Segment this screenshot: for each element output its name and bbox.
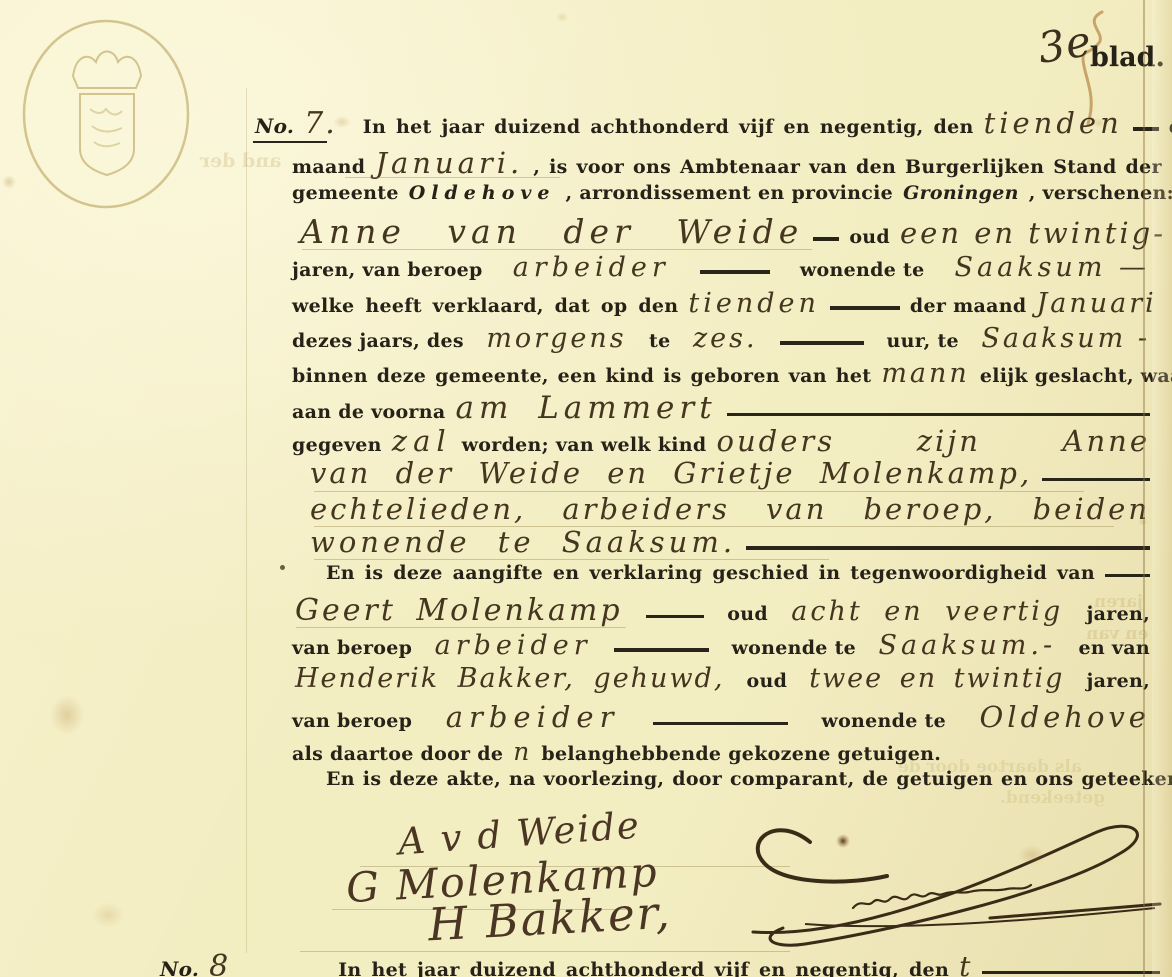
handwritten-entry: zal	[392, 424, 452, 458]
handwritten-entry: arbeider	[513, 252, 670, 283]
page-edge-shade	[1152, 0, 1172, 977]
handwritten-entry: arbeider	[446, 700, 620, 734]
paper-stain	[50, 695, 84, 735]
printed-text: aan de voorna	[292, 401, 445, 423]
printed-text: , verschenen:	[1029, 182, 1172, 204]
printed-text: van beroep	[292, 710, 412, 732]
ink-fleck	[280, 565, 285, 570]
act-line: En is deze aangifte en verklaring geschi…	[292, 562, 1150, 584]
handwritten-entry: een en twintig-	[900, 216, 1166, 250]
handwritten-entry: mann	[881, 358, 969, 389]
guide-line	[296, 627, 626, 628]
act-line: dezes jaars, desmorgenstezes.uur, teSaak…	[292, 323, 1150, 354]
handwritten-entry: Geert Molenkamp	[295, 593, 623, 628]
guide-line	[302, 249, 812, 250]
handwritten-entry: Saaksum -	[981, 323, 1150, 354]
printed-text-italic: Groningen	[903, 182, 1019, 204]
printed-text: van beroep	[292, 637, 412, 659]
printed-text: En is deze akte, na voorlezing, door com…	[326, 768, 1172, 790]
printed-text: wonende te	[731, 637, 856, 659]
page-number-handwritten: 3e	[1034, 16, 1095, 73]
handwritten-entry: ouders zijn Anne	[717, 424, 1151, 458]
guide-line	[300, 951, 790, 952]
act-line: wonende te Saaksum.	[310, 525, 1150, 559]
act-line: gemeenteOldehove, arrondissement en prov…	[292, 182, 1150, 204]
handwritten-entry: tienden	[688, 288, 820, 319]
paper-stain	[2, 175, 16, 189]
act-line: gegevenzalworden; van welk kindouders zi…	[292, 424, 1150, 458]
spacer	[347, 132, 353, 133]
printed-text: der maand	[910, 295, 1027, 317]
printed-text: jaren, van beroep	[292, 259, 483, 281]
printed-text: oud	[849, 226, 890, 248]
embossed-seal-icon	[18, 14, 194, 214]
printed-text: en van	[1078, 637, 1149, 659]
registrar-signature	[735, 812, 1172, 970]
printed-text: jaren,	[1086, 603, 1150, 625]
page-edge-line	[1143, 0, 1145, 977]
handwritten-entry: 8	[209, 949, 230, 977]
printed-text: als daartoe door de	[292, 743, 503, 765]
printed-text: maand	[292, 156, 365, 178]
act-line: maandJanuari., is voor ons Ambtenaar van…	[292, 146, 1150, 180]
handwritten-entry: Henderik Bakker, gehuwd,	[295, 663, 724, 694]
fill-line	[614, 642, 709, 654]
fill-line	[1042, 471, 1150, 483]
act-line: van beroeparbeiderwonende teSaaksum.-en …	[292, 630, 1150, 661]
handwritten-entry: Oldehove	[980, 700, 1150, 734]
spacer	[240, 975, 328, 976]
fill-line	[646, 608, 704, 620]
printed-text: gemeente	[292, 182, 399, 204]
act-line: binnen deze gemeente, een kind is gebore…	[292, 358, 1150, 389]
fold-line	[246, 88, 247, 953]
printed-text-italic: Oldehove	[409, 182, 556, 204]
handwritten-entry: Anne van der Weide	[300, 212, 803, 251]
printed-text: oud	[727, 603, 768, 625]
printed-text: dezes jaars, des	[292, 330, 464, 352]
printed-text: binnen deze gemeente, een kind is gebore…	[292, 365, 871, 387]
act-line: Geert Molenkampoudacht en veertigjaren,	[295, 593, 1150, 628]
handwritten-entry: echtelieden, arbeiders van beroep, beide…	[310, 492, 1150, 526]
spacer	[292, 578, 316, 579]
fill-line	[813, 231, 839, 243]
guide-line	[314, 491, 1084, 492]
act-line: als daartoe door denbelanghebbende gekoz…	[292, 737, 1150, 766]
handwritten-entry: Saaksum —	[955, 252, 1150, 283]
ink-blot	[836, 834, 850, 848]
bleedthrough-text: geteekend.	[1000, 788, 1105, 808]
fill-line	[653, 715, 788, 727]
paper-stain	[333, 116, 351, 128]
printed-text: uur, te	[886, 330, 958, 352]
handwritten-entry: arbeider	[435, 630, 592, 661]
paper-stain	[1018, 845, 1046, 865]
spacer	[292, 784, 316, 785]
printed-text-italic: No.	[255, 114, 294, 138]
handwritten-entry: Saaksum.-	[878, 630, 1056, 661]
paper-stain	[1093, 118, 1105, 128]
fill-line	[727, 406, 1150, 418]
handwritten-entry: 7.	[304, 106, 337, 141]
act-line: En is deze akte, na voorlezing, door com…	[292, 768, 1150, 790]
printed-text: , arrondissement en provincie	[566, 182, 894, 204]
printed-text: gegeven	[292, 434, 382, 456]
guide-line	[314, 559, 829, 560]
act-line: van beroeparbeiderwonende teOldehove	[292, 700, 1150, 734]
guide-line	[314, 526, 1114, 527]
guide-line	[345, 177, 560, 178]
paper-stain	[556, 12, 568, 22]
fill-line	[780, 335, 864, 347]
handwritten-entry: am Lammert	[455, 390, 716, 426]
printed-text-italic: No.	[160, 957, 199, 977]
handwritten-entry: Januari.	[375, 146, 523, 180]
printed-text: wonende te	[821, 710, 946, 732]
handwritten-entry: wonende te Saaksum.	[310, 525, 736, 559]
printed-text: oud	[746, 670, 787, 692]
act-line: echtelieden, arbeiders van beroep, beide…	[310, 492, 1150, 526]
fill-line	[746, 540, 1150, 552]
act-number-underline	[253, 141, 327, 143]
printed-text: , is voor ons Ambtenaar van den Burgerli…	[533, 156, 1162, 178]
handwritten-entry: morgens	[486, 323, 626, 354]
handwritten-entry: Januari	[1036, 288, 1156, 319]
handwritten-entry: zes.	[693, 323, 758, 354]
printed-text: jaren,	[1086, 670, 1150, 692]
printed-text: In het jaar duizend achthonderd vijf en …	[363, 116, 974, 138]
act-line: No.7.In het jaar duizend achthonderd vij…	[255, 106, 1152, 141]
act-line: van der Weide en Grietje Molenkamp,	[310, 456, 1150, 490]
document-page: 3e blad. and der jaren, en van als daart…	[0, 0, 1172, 977]
fill-line	[830, 300, 900, 312]
printed-text: worden; van welk kind	[462, 434, 707, 456]
handwritten-entry: twee en twintig	[809, 663, 1064, 694]
act-line: Henderik Bakker, gehuwd,oudtwee en twint…	[295, 663, 1150, 694]
signature-witness-2: H Bakker,	[427, 886, 673, 952]
act-line: jaren, van beroeparbeiderwonende teSaaks…	[292, 252, 1150, 283]
handwritten-entry: acht en veertig	[791, 596, 1063, 627]
bleedthrough-text: and der	[200, 150, 281, 172]
act-line: welke heeft verklaard, dat op dentienden…	[292, 288, 1150, 319]
handwritten-entry: n	[513, 737, 531, 766]
printed-text: belanghebbende gekozene getuigen.	[541, 743, 941, 765]
printed-text: wonende te	[800, 259, 925, 281]
handwritten-entry: van der Weide en Grietje Molenkamp,	[310, 456, 1032, 490]
fill-line	[700, 264, 770, 276]
act-line: Anne van der Weideoudeen en twintig-	[300, 212, 1150, 251]
printed-text: welke heeft verklaard, dat op den	[292, 295, 678, 317]
printed-text: te	[649, 330, 670, 352]
paper-stain	[92, 902, 124, 928]
act-line: aan de voornaam Lammert	[292, 390, 1150, 426]
printed-text: En is deze aangifte en verklaring geschi…	[326, 562, 1095, 584]
